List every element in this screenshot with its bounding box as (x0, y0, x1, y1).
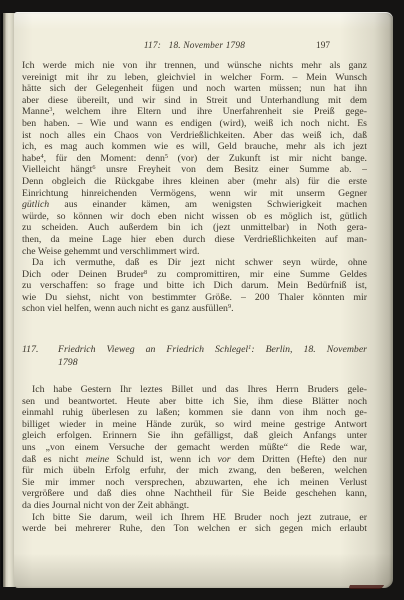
text-run: . (231, 303, 233, 314)
page-body: Ich werde mich nie von ihr trennen, und … (22, 60, 367, 535)
text-line: Sie mir immer noch versprechen, abzuwart… (22, 477, 367, 489)
text-line: zu verschaffen: so frage und bitte ich D… (22, 280, 367, 292)
text-run: aber diese übereilt, und wir sind in Str… (22, 95, 367, 106)
text-run: ist noch alles ein Chaos von Verdrießlic… (22, 130, 367, 141)
text-run: Denn obgleich die Rückgabe ihres kleinen… (22, 176, 367, 187)
text-line: Ich bitte Sie darum, weil ich Ihrem HE B… (22, 512, 367, 524)
text-line: Ich habe Gestern Ihr leztes Billet und d… (22, 384, 367, 396)
text-run: Ich werde mich nie von ihr trennen, und … (22, 60, 367, 71)
text-run: habe (22, 153, 41, 164)
text-line: vergrößere und daß dies ohne Nachtheil f… (22, 488, 367, 500)
text-run: : Berlin, 18. November (251, 344, 367, 355)
text-run: Dich oder Deinen Bruder (22, 269, 144, 280)
letter-heading: 117.Friedrich Vieweg an Friedrich Schleg… (22, 344, 367, 369)
text-line: 1798 (58, 357, 367, 370)
book-page: 117: 18. November 1798 197 Ich werde mic… (14, 12, 393, 588)
text-run: werde bei mehrerer Ruhe, den Ton welchen… (22, 523, 367, 534)
text-line: Da ich vermuthe, daß es Dir jezt nicht s… (22, 257, 367, 269)
text-run: für mich übeln Erfolg erfuhr, der mich z… (22, 465, 367, 476)
text-line: einmahl ruhig überlesen zu laßen; kommen… (22, 407, 367, 419)
text-line: aber diese übereilt, und wir sind in Str… (22, 95, 367, 107)
text-line: für mich übeln Erfolg erfuhr, der mich z… (22, 465, 367, 477)
running-header: 117: 18. November 1798 197 (22, 41, 367, 54)
footnote-marker: 6 (92, 164, 95, 171)
text-line: Friedrich Vieweg an Friedrich Schlegel1:… (58, 344, 367, 357)
text-run: Einrichtung hinreichenden Vermögens, wen… (22, 188, 367, 199)
text-line: sen und beantwortet. Heute aber bitte ic… (22, 396, 367, 408)
text-line: hätte sich der Gelegenheit fügen und noc… (22, 83, 367, 95)
text-run: vor (218, 454, 231, 465)
text-line: vereinigt mit ihr zu leben, gleichviel i… (22, 72, 367, 84)
text-run: vergrößere und daß dies ohne Nachtheil f… (22, 488, 367, 499)
text-line: werde bei mehrerer Ruhe, den Ton welchen… (22, 523, 367, 535)
text-run: Ich bitte Sie darum, weil ich Ihrem HE B… (32, 512, 367, 523)
text-line: billiget wieder in meine Hände zurük, so… (22, 419, 367, 431)
text-run: zu compromittiren, mir eine Summe Geldes (147, 269, 367, 280)
text-run: meine (86, 454, 109, 465)
text-run: sen und beantwortet. Heute aber bitte ic… (22, 396, 367, 407)
text-line: Einrichtung hinreichenden Vermögens, wen… (22, 188, 367, 200)
text-run: then, da meine Lage hier eben durch dies… (22, 234, 367, 245)
text-line: then, da meine Lage hier eben durch dies… (22, 234, 367, 246)
text-run: wie Du siehst, nicht von bestimmter Größ… (22, 292, 367, 303)
text-run: schon viel helfen, wenn auch nicht es ga… (22, 303, 228, 314)
footnote-marker: 4 (41, 153, 44, 160)
text-run: Sie mir immer noch versprechen, abzuwart… (22, 477, 367, 488)
text-run: vereinigt mit ihr zu leben, gleichviel i… (22, 72, 367, 83)
text-line: ich, es mag auch kommen wie es will, Gel… (22, 141, 367, 153)
text-run: ben haben. – Wie und wann es endigen (wi… (22, 118, 367, 129)
text-run: zu verschaffen: so frage und bitte ich D… (22, 280, 367, 291)
page-number: 197 (316, 41, 330, 51)
text-run: Manne (22, 106, 49, 117)
text-run: daß es nicht (22, 454, 86, 465)
text-run: zu scheiden. Auch außerdem bin ich (jezt… (22, 222, 367, 233)
text-line: daß es nicht meine Schuld ist, wenn ich … (22, 454, 367, 466)
footnote-marker: 9 (228, 303, 231, 310)
text-line: uns „von einem Versuche der gemacht werd… (22, 442, 367, 454)
paragraph: Ich werde mich nie von ihr trennen, und … (22, 60, 367, 257)
paragraph: Ich habe Gestern Ihr leztes Billet und d… (22, 384, 367, 512)
text-run: gütlich (22, 199, 49, 210)
letter-number: 117. (22, 344, 58, 369)
text-run: (vor) der Zukunft ist mir nicht bange. (168, 153, 367, 164)
text-run: Vielleicht hängt (22, 164, 92, 175)
text-line: würde, so können wir doch eben nicht wis… (22, 211, 367, 223)
footnote-marker: 1 (248, 344, 251, 351)
text-line: ben haben. – Wie und wann es endigen (wi… (22, 118, 367, 130)
text-run: Friedrich Vieweg an Friedrich Schlegel (58, 344, 248, 355)
text-run: , welchem ihre Eltern und ihre Unerfahre… (52, 106, 367, 117)
text-line: da dies Journal nicht von der Zeit abhän… (22, 500, 367, 512)
footnote-marker: 8 (144, 269, 147, 276)
text-run: billiget wieder in meine Hände zurük, so… (22, 419, 367, 430)
paragraph: Ich bitte Sie darum, weil ich Ihrem HE B… (22, 512, 367, 535)
text-line: gütlich aus einander kämen, am wenigsten… (22, 199, 367, 211)
text-run: unsre Freyheit von dem Besitz einer Summ… (96, 164, 367, 175)
text-line: zu scheiden. Auch außerdem bin ich (jezt… (22, 222, 367, 234)
text-line: Ich werde mich nie von ihr trennen, und … (22, 60, 367, 72)
text-run: Da ich vermuthe, daß es Dir jezt nicht s… (32, 257, 367, 268)
text-run: einmahl ruhig überlesen zu laßen; kommen… (22, 407, 367, 418)
text-run: che Weise gehemmt und verschlimmert wird… (22, 246, 200, 257)
text-run: , für den Moment: denn (44, 153, 165, 164)
text-line: Vielleicht hängt6 unsre Freyheit von dem… (22, 164, 367, 176)
text-run: uns „von einem Versuche der gemacht werd… (22, 442, 367, 453)
text-run: gleich erfolgen. Erinnern Sie ihn gefäll… (22, 430, 367, 441)
footnote-marker: 5 (165, 153, 168, 160)
book-page-edges (1, 13, 15, 587)
paragraph: Da ich vermuthe, daß es Dir jezt nicht s… (22, 257, 367, 315)
page-corner-shadow (348, 585, 384, 589)
text-run: Schuld ist, wenn ich (109, 454, 217, 465)
text-line: schon viel helfen, wenn auch nicht es ga… (22, 303, 367, 315)
text-run: da dies Journal nicht von der Zeit abhän… (22, 500, 189, 511)
text-run: aus einander kämen, am wenigsten Schwier… (49, 199, 367, 210)
text-line: Manne3, welchem ihre Eltern und ihre Une… (22, 106, 367, 118)
text-run: 1798 (58, 357, 78, 368)
footnote-marker: 3 (49, 106, 52, 113)
text-line: ist noch alles ein Chaos von Verdrießlic… (22, 130, 367, 142)
text-run: hätte sich der Gelegenheit fügen und noc… (22, 83, 367, 94)
text-run: Ich habe Gestern Ihr leztes Billet und d… (32, 384, 367, 395)
text-line: gleich erfolgen. Erinnern Sie ihn gefäll… (22, 430, 367, 442)
text-run: dem Dritten (Hefte) den nur (231, 454, 367, 465)
text-line: habe4, für den Moment: denn5 (vor) der Z… (22, 153, 367, 165)
text-line: wie Du siehst, nicht von bestimmter Größ… (22, 292, 367, 304)
text-line: che Weise gehemmt und verschlimmert wird… (22, 246, 367, 258)
letter-heading-text: Friedrich Vieweg an Friedrich Schlegel1:… (58, 344, 367, 369)
text-run: ich, es mag auch kommen wie es will, Gel… (22, 141, 367, 152)
text-line: Denn obgleich die Rückgabe ihres kleinen… (22, 176, 367, 188)
text-run: würde, so können wir doch eben nicht wis… (22, 211, 367, 222)
scanned-book-spread: 117: 18. November 1798 197 Ich werde mic… (0, 0, 404, 600)
text-line: Dich oder Deinen Bruder8 zu compromittir… (22, 269, 367, 281)
